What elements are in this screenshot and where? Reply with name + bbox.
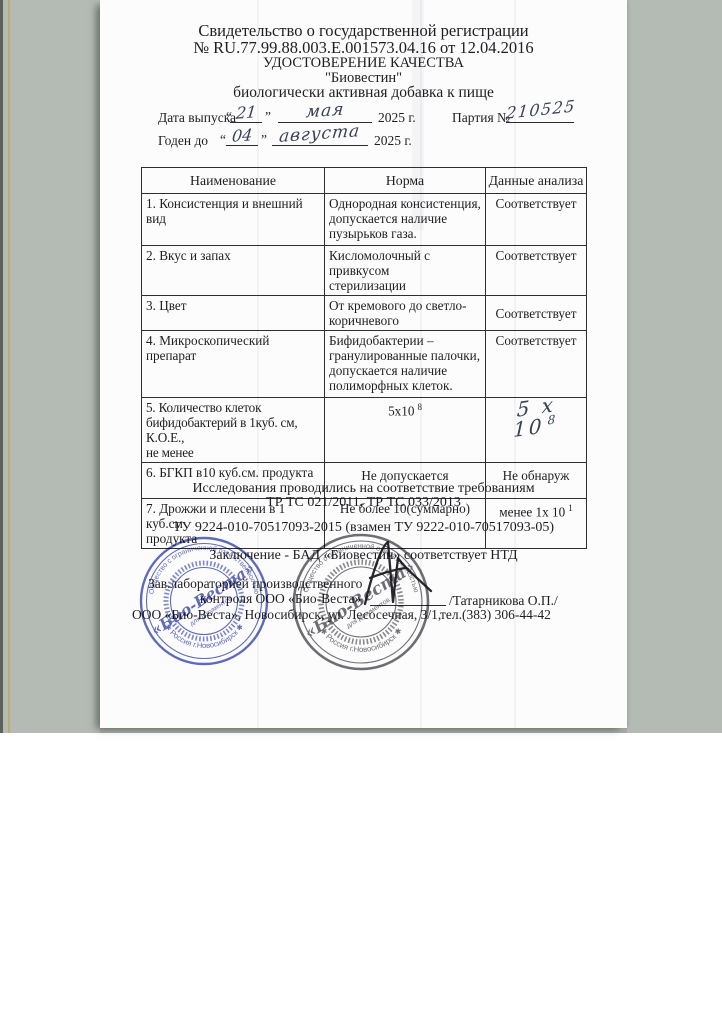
table-cell-name: 3. Цвет [142, 296, 325, 331]
table-cell-norm: Кисломолочный с привкусом стерилизации [325, 246, 486, 296]
handwritten-result: 5 х 108 [490, 393, 582, 441]
batch-label: Партия № [452, 110, 510, 126]
handwritten-issue-month: мая [305, 100, 346, 123]
table-cell-name: 4. Микроскопический препарат [142, 331, 325, 398]
quote-mark: ” [265, 109, 271, 125]
document-paper: Свидетельство о государственной регистра… [100, 0, 627, 728]
col-header-analysis: Данные анализа [486, 168, 587, 194]
expiry-month-field: августа [272, 124, 368, 146]
issue-year: 2025 г. [378, 110, 416, 126]
table-row: 3. Цвет От кремового до светло- коричнев… [142, 296, 587, 331]
col-header-name: Наименование [142, 168, 325, 194]
technical-regulations: ТР ТС 021/2011, ТР ТС 033/2013 [100, 495, 627, 511]
table-cell-norm: Однородная консистенция, допускается нал… [325, 194, 486, 246]
table-cell-norm: От кремового до светло- коричневого [325, 296, 486, 331]
table-cell-result: Соответствует [486, 331, 587, 398]
issue-day-field: 21 [230, 103, 262, 123]
batch-field: 210525 [506, 100, 574, 123]
handwritten-issue-day: 21 [235, 102, 257, 123]
expiry-year: 2025 г. [374, 133, 412, 149]
table-cell-result: Соответствует [486, 246, 587, 296]
table-header-row: Наименование Норма Данные анализа [142, 168, 587, 194]
table-cell-norm: Бифидобактерии – гранулированные палочки… [325, 331, 486, 398]
table-row: 1. Консистенция и внешний вид Однородная… [142, 194, 587, 246]
expiry-label: Годен до [158, 133, 208, 149]
expiry-day-field: 04 [226, 126, 258, 146]
table-cell-name: 1. Консистенция и внешний вид [142, 194, 325, 246]
quote-mark: ” [261, 132, 267, 148]
table-row: 5. Количество клеток бифидобактерий в 1к… [142, 398, 587, 463]
pen-signature [335, 526, 465, 616]
table-cell-result: Соответствует [486, 194, 587, 246]
table-row: 4. Микроскопический препарат Бифидобакте… [142, 331, 587, 398]
table-cell-result-handwritten: 5 х 108 [486, 398, 587, 463]
table-cell-name: 2. Вкус и запах [142, 246, 325, 296]
issue-month-field: мая [278, 101, 372, 123]
handwritten-expiry-month: августа [278, 121, 361, 147]
table-cell-result: Соответствует [486, 296, 587, 331]
issue-date-label: Дата выпуска [158, 110, 236, 126]
table-cell-name: 5. Количество клеток бифидобактерий в 1к… [142, 398, 325, 463]
round-stamp-blue: Общество с ограниченной ответственностью… [138, 535, 270, 667]
col-header-norm: Норма [325, 168, 486, 194]
table-row: 2. Вкус и запах Кисломолочный с привкусо… [142, 246, 587, 296]
table-cell-norm: 5х108 [325, 398, 486, 463]
handwritten-batch-number: 210525 [505, 96, 577, 123]
handwritten-expiry-day: 04 [231, 125, 253, 146]
scan-edge-dark-strip [0, 0, 3, 733]
scanned-certificate: Свидетельство о государственной регистра… [0, 0, 722, 1024]
scan-edge-yellow-strip [8, 0, 10, 733]
